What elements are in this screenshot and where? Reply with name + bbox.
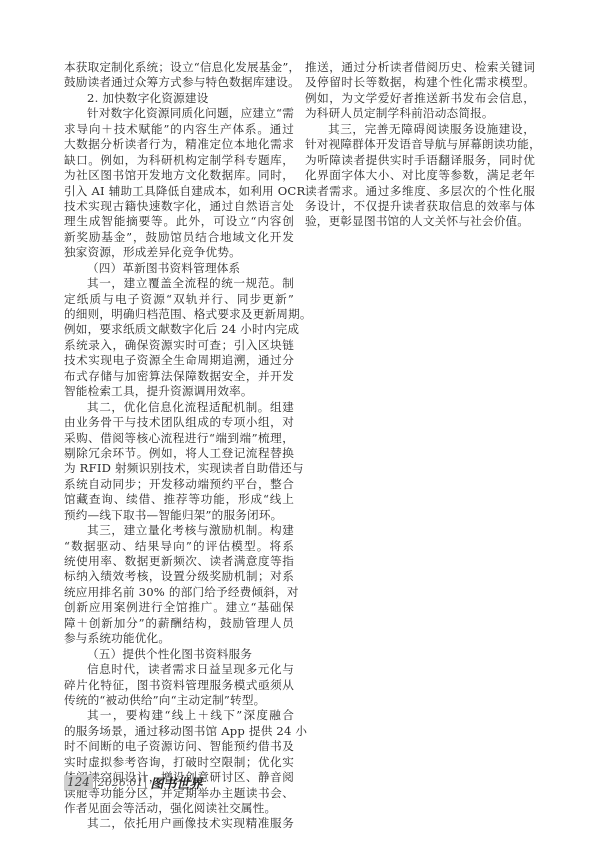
text-line: 推送，通过分析读者借阅历史、检索关键词	[305, 60, 535, 75]
text-line: 其一，要构建“线上＋线下”深度融合	[64, 708, 294, 723]
text-line: 新奖励基金”，鼓励馆员结合地域文化开发	[64, 230, 294, 245]
text-line: 统应用排名前 30% 的部门给予经费倾斜，对	[64, 585, 294, 600]
text-line: 理生成智能摘要等。此外，可设立“内容创	[64, 214, 294, 229]
text-line: 的服务场景，通过移动图书馆 App 提供 24 小	[64, 724, 294, 739]
text-line: 例如，为文学爱好者推送新书发布会信息，	[305, 91, 535, 106]
text-line: 其二，依托用户画像技术实现精准服务	[64, 816, 294, 831]
text-line: 其一，建立覆盖全流程的统一规范。制	[64, 276, 294, 291]
text-line: 实时虚拟参考咨询，打破时空限制；优化实	[64, 755, 294, 770]
text-line: 由业务骨干与技术团队组成的专项小组，对	[64, 415, 294, 430]
text-line: 大数据分析读者行为，精准定位本地化需求	[64, 137, 294, 152]
text-line: 其三，完善无障碍阅读服务设施建设，	[305, 122, 535, 137]
text-line: 针对视障群体开发语音导航与屏幕朗读功能，	[305, 137, 535, 152]
text-line: 障＋创新加分”的薪酬结构，鼓励管理人员	[64, 616, 294, 631]
text-line: 例如，要求纸质文献数字化后 24 小时内完成	[64, 322, 294, 337]
text-line: 统使用率、数据更新频次、读者满意度等指	[64, 554, 294, 569]
text-line: 作者见面会等活动，强化阅读社交属性。	[64, 801, 294, 816]
text-line: 创新应用案例进行全馆推广。建立“基础保	[64, 600, 294, 615]
issue-label: 2026.01	[98, 776, 144, 789]
text-line: 为听障读者提供实时手语翻译服务，同时优	[305, 153, 535, 168]
text-line: 为 RFID 射频识别技术，实现读者自助借还与	[64, 461, 294, 476]
footer-divider	[95, 775, 96, 789]
text-line: 时不间断的电子资源访问、智能预约借书及	[64, 739, 294, 754]
text-line: “数据驱动、结果导向”的评估模型。将系	[64, 539, 294, 554]
text-line: 其三，建立量化考核与激励机制。构建	[64, 523, 294, 538]
text-line: 系统录入，确保资源实时可查；引入区块链	[64, 338, 294, 353]
text-line: 智能检索工具，提升资源调用效率。	[64, 384, 294, 399]
text-line: 定纸质与电子资源“双轨并行、同步更新”	[64, 292, 294, 307]
text-line: 的细则，明确归档范围、格式要求及更新周期。	[64, 307, 294, 322]
text-line: 标纳入绩效考核，设置分级奖励机制；对系	[64, 569, 294, 584]
footer-divider	[145, 775, 146, 789]
text-line: （五）提供个性化图书资料服务	[64, 647, 294, 662]
text-line: 其二，优化信息化流程适配机制。组建	[64, 400, 294, 415]
text-line: 化界面字体大小、对比度等参数，满足老年	[305, 168, 535, 183]
text-line: 缺口。例如，为科研机构定制学科专题库，	[64, 153, 294, 168]
journal-name: 图书世界	[150, 773, 202, 792]
text-line: 剔除冗余环节。例如，将人工登记流程替换	[64, 446, 294, 461]
left-column: 本获取定制化系统；设立“信息化发展基金”，鼓励读者通过众筹方式参与特色数据库建设…	[64, 60, 294, 832]
text-line: 预约—线下取书—智能归架”的服务闭环。	[64, 508, 294, 523]
text-line: 为社区图书馆开发地方文化数据库。同时，	[64, 168, 294, 183]
text-line: 采购、借阅等核心流程进行“端到端”梳理，	[64, 431, 294, 446]
text-line: 针对数字化资源同质化问题，应建立“需	[64, 106, 294, 121]
text-line: 布式存储与加密算法保障数据安全，并开发	[64, 369, 294, 384]
text-line: 引入 AI 辅助工具降低自建成本，如利用 OCR	[64, 184, 294, 199]
text-line: 鼓励读者通过众筹方式参与特色数据库建设。	[64, 75, 294, 90]
right-column: 推送，通过分析读者借阅历史、检索关键词及停留时长等数据，构建个性化需求模型。例如…	[305, 60, 535, 230]
text-line: 技术实现古籍快速数字化，通过自然语言处	[64, 199, 294, 214]
text-line: 碎片化特征，图书资料管理服务模式亟须从	[64, 678, 294, 693]
text-line: 2. 加快数字化资源建设	[64, 91, 294, 106]
page-footer: 124 2026.01 图书世界	[64, 774, 202, 790]
text-line: 馆藏查询、续借、推荐等功能，形成“线上	[64, 492, 294, 507]
text-line: 技术实现电子资源全生命周期追溯，通过分	[64, 353, 294, 368]
text-line: 信息时代，读者需求日益呈现多元化与	[64, 662, 294, 677]
text-line: 读者需求。通过多维度、多层次的个性化服	[305, 184, 535, 199]
text-line: 务设计，不仅提升读者获取信息的效率与体	[305, 199, 535, 214]
text-line: 求导向＋技术赋能”的内容生产体系。通过	[64, 122, 294, 137]
text-line: 参与系统功能优化。	[64, 631, 294, 646]
text-line: 及停留时长等数据，构建个性化需求模型。	[305, 75, 535, 90]
text-line: 验，更彰显图书馆的人文关怀与社会价值。	[305, 214, 535, 229]
page-number: 124	[64, 775, 93, 790]
text-line: 传统的“被动供给”向“主动定制”转型。	[64, 693, 294, 708]
text-line: 独家资源，形成差异化竞争优势。	[64, 245, 294, 260]
text-line: （四）革新图书资料管理体系	[64, 261, 294, 276]
text-line: 系统自动同步；开发移动端预约平台，整合	[64, 477, 294, 492]
text-line: 为科研人员定制学科前沿动态简报。	[305, 106, 535, 121]
text-line: 本获取定制化系统；设立“信息化发展基金”，	[64, 60, 294, 75]
